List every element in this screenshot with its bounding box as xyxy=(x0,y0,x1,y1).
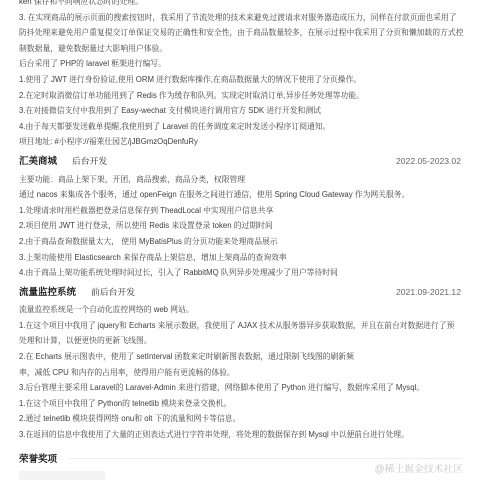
text-line: 率，减低 CPU 和内存的占用率，使得用户能有更流畅的体验。 xyxy=(19,365,461,381)
project-title: 流量监控系统 xyxy=(19,285,76,301)
text-line: 3.在对接微信支付中我用到了 Easy-wechat 支付模块进行调用官方 SD… xyxy=(19,103,461,119)
watermark: @稀土掘金技术社区 xyxy=(375,461,463,475)
text-line: 3.在返回的信息中我使用了大量的正则表达式进行字符串处理，将处理的数据保存到 M… xyxy=(19,427,461,443)
project-header: 汇美商城后台开发2022.05-2023.02 xyxy=(19,154,461,170)
text-line: 3.后台管理主要采用 Laravel的 Laravel-Admin 来进行搭建，… xyxy=(19,380,461,396)
text-line: 2.项目使用 JWT 进行登录，所以使用 Redis 来设置登录 token 的… xyxy=(19,218,461,234)
honors-placeholder-box xyxy=(19,471,105,480)
text-line: 3. 在实现商品的展示页面的搜索按钮时，我采用了节流处理的技术来避免过渡请求对服… xyxy=(19,10,461,26)
text-line: 通过 nacos 来集成各个服务，通过 openFeign 在服务之间进行通信，… xyxy=(19,187,461,203)
project-title: 汇美商城 xyxy=(19,154,57,170)
project-sections: 汇美商城后台开发2022.05-2023.02主要功能：商品上架下架，开团，商品… xyxy=(19,154,461,443)
text-line: 1.使用了 JWT 进行身份验证,使用 ORM 进行数据库操作,在商品数据量大的… xyxy=(19,72,461,88)
text-line: 2.在定时取消微信订单功能用到了 Redis 作为缓存和队列。实现定时取消订单,… xyxy=(19,88,461,104)
project-role: 后台开发 xyxy=(72,154,107,170)
text-line: 制数据量，避免数据量过大影响用户体验。 xyxy=(19,41,461,57)
honors-heading: 荣誉奖项 xyxy=(19,451,57,465)
text-line: 后台采用了 PHP的 laravel 框架进行编写。 xyxy=(19,56,461,72)
text-line: 1.在这个项目中我用了 Python的 telnetlib 模块来登录交换机。 xyxy=(19,396,461,412)
text-line: 主要功能：商品上架下架，开团，商品搜索，商品分类，权限管理 xyxy=(19,172,461,188)
text-line: 处理和计算，以便更快的更新飞线图。 xyxy=(19,333,461,349)
project-period: 2022.05-2023.02 xyxy=(396,154,461,170)
text-line: 项目地址: #小程序://福莱仕园艺/jJBGmzOqDenfuRy xyxy=(19,134,461,150)
text-line: 3.上架功能使用 Elasticsearch 来保存商品上架信息，增加上架商品的… xyxy=(19,250,461,266)
text-line: 流量监控系统是一个自动化监控网络的 web 网站。 xyxy=(19,302,461,318)
text-line: 4.由于商品上架功能系统处理时间过长，引入了 RabbitMQ 队列异步处理减少… xyxy=(19,265,461,281)
text-line: 2.在 Echarts 展示图表中，使用了 setInterval 函数来定时刷… xyxy=(19,349,461,365)
project-role: 前后台开发 xyxy=(91,285,135,301)
text-line: 1.在这个项目中我用了 jquery和 Echarts 来展示数据，我使用了 A… xyxy=(19,318,461,334)
project-description: 主要功能：商品上架下架，开团，商品搜索，商品分类，权限管理通过 nacos 来集… xyxy=(19,172,461,281)
honors-divider xyxy=(69,458,461,459)
text-line: 1.处理请求时用栏截器把登录信息保存到 TheadLocal 中实现用户信息共享 xyxy=(19,203,461,219)
resume-content: ken 保存和不同响应状态时的处理。3. 在实现商品的展示页面的搜索按钮时，我采… xyxy=(0,0,480,480)
project-description: 流量监控系统是一个自动化监控网络的 web 网站。1.在这个项目中我用了 jqu… xyxy=(19,302,461,442)
text-line: 2.由于商品查询数据量太大， 使用 MyBatisPlus 的分页功能来处理商品… xyxy=(19,234,461,250)
text-line: 4.由于每天都要发送截单提醒,我使用到了 Laravel 的任务调度来定时发送小… xyxy=(19,119,461,135)
text-line: ken 保存和不同响应状态时的处理。 xyxy=(19,0,461,10)
text-line: 防抖处理来避免用户重复提交订单保证交易的正确性和安全性，由于商品数量较多，在展示… xyxy=(19,25,461,41)
text-line: 2.通过 telnetlib 模块获得网络 onu和 olt 下的流量和网卡等信… xyxy=(19,411,461,427)
project-header: 流量监控系统前后台开发2021.09-2021.12 xyxy=(19,285,461,301)
intro-paragraphs: ken 保存和不同响应状态时的处理。3. 在实现商品的展示页面的搜索按钮时，我采… xyxy=(19,0,461,150)
project-period: 2021.09-2021.12 xyxy=(396,285,461,301)
resume-page: ken 保存和不同响应状态时的处理。3. 在实现商品的展示页面的搜索按钮时，我采… xyxy=(0,0,480,480)
